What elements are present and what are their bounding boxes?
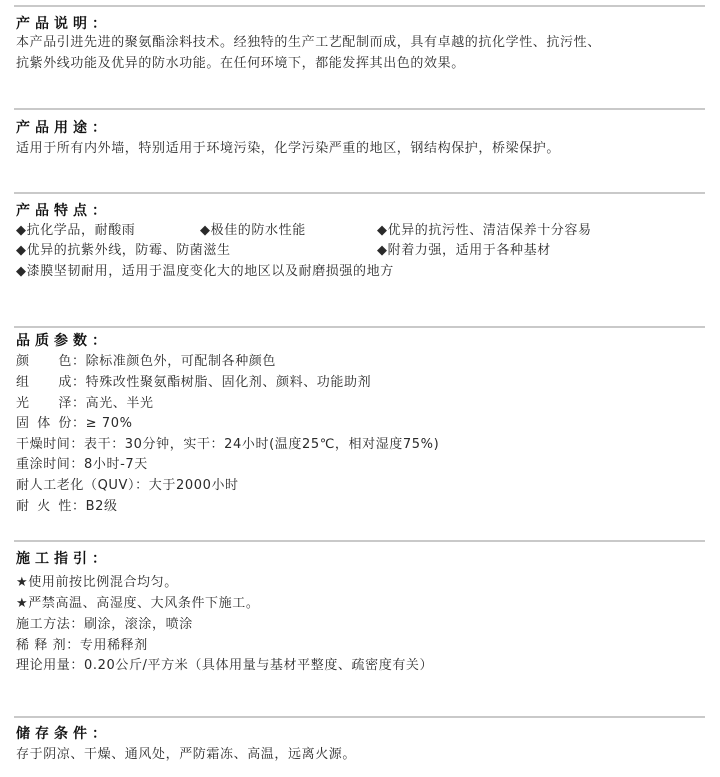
param-label: 重涂时间 [16, 457, 70, 472]
feature-item: ◆附着力强，适用于各种基材 [377, 243, 551, 259]
construction-line: 稀 释 剂：专用稀释剂 [16, 638, 148, 654]
param-label: 耐人工老化（QUV） [16, 478, 135, 493]
quality-param-drying: 干燥时间：表干：30分钟，实干：24小时(温度25℃，相对湿度75%) [16, 437, 439, 453]
heading-usage: 产品用途： [16, 120, 106, 136]
heading-quality: 品质参数： [16, 333, 106, 349]
param-value: ：表干：30分钟，实干：24小时(温度25℃，相对湿度75%) [70, 437, 439, 452]
quality-param-solids: 固体份：≥ 70% [16, 416, 133, 432]
quality-param-color: 颜色：除标准颜色外，可配制各种颜色 [16, 354, 276, 370]
param-label: 耐火性 [16, 499, 72, 515]
construction-line: ★使用前按比例混合均匀。 [16, 575, 178, 591]
divider-storage [14, 716, 705, 718]
quality-param-composition: 组成：特殊改性聚氨酯树脂、固化剂、颜料、功能助剂 [16, 375, 371, 391]
divider-usage [14, 108, 705, 110]
heading-construction: 施工指引： [16, 551, 106, 567]
divider-features [14, 192, 705, 194]
param-value: ：除标准颜色外，可配制各种颜色 [72, 354, 276, 369]
param-label: 固体份 [16, 416, 72, 432]
divider-description [14, 5, 705, 7]
construction-line: ★严禁高温、高湿度、大风条件下施工。 [16, 596, 259, 612]
param-label: 颜色 [16, 354, 72, 370]
feature-item: ◆优异的抗污性、清洁保养十分容易 [377, 223, 592, 239]
param-value: ：8小时-7天 [70, 457, 147, 472]
param-value: ：大于2000小时 [135, 478, 238, 493]
feature-item: ◆极佳的防水性能 [200, 223, 306, 239]
param-label: 干燥时间 [16, 437, 70, 452]
construction-line: 理论用量：0.20公斤/平方米（具体用量与基材平整度、疏密度有关） [16, 658, 433, 674]
description-line-2: 抗紫外线功能及优异的防水功能。在任何环境下，都能发挥其出色的效果。 [16, 56, 465, 72]
param-value: ：高光、半光 [72, 396, 154, 411]
param-value: ：B2级 [72, 499, 118, 514]
heading-storage: 储存条件： [16, 726, 106, 742]
heading-description: 产品说明： [16, 16, 106, 32]
param-label: 组成 [16, 375, 72, 391]
quality-param-gloss: 光泽：高光、半光 [16, 396, 154, 412]
feature-item: ◆抗化学品，耐酸雨 [16, 223, 135, 239]
feature-item: ◆优异的抗紫外线，防霉、防菌滋生 [16, 243, 231, 259]
divider-quality [14, 326, 705, 328]
construction-line: 施工方法：刷涂，滚涂，喷涂 [16, 617, 193, 633]
quality-param-fire: 耐火性：B2级 [16, 499, 118, 515]
param-value: ：≥ 70% [72, 416, 133, 431]
divider-construction [14, 540, 705, 542]
quality-param-aging: 耐人工老化（QUV）：大于2000小时 [16, 478, 239, 494]
feature-item: ◆漆膜坚韧耐用，适用于温度变化大的地区以及耐磨损强的地方 [16, 264, 394, 280]
quality-param-recoat: 重涂时间：8小时-7天 [16, 457, 148, 473]
storage-line: 存于阴凉、干燥、通风处，严防霜冻、高温，远离火源。 [16, 747, 356, 763]
description-line-1: 本产品引进先进的聚氨酯涂料技术。经独特的生产工艺配制而成，具有卓越的抗化学性、抗… [16, 35, 601, 51]
param-value: ：特殊改性聚氨酯树脂、固化剂、颜料、功能助剂 [72, 375, 371, 390]
param-label: 光泽 [16, 396, 72, 412]
usage-line-1: 适用于所有内外墙，特别适用于环境污染，化学污染严重的地区，钢结构保护，桥梁保护。 [16, 141, 560, 157]
heading-features: 产品特点： [16, 203, 106, 219]
